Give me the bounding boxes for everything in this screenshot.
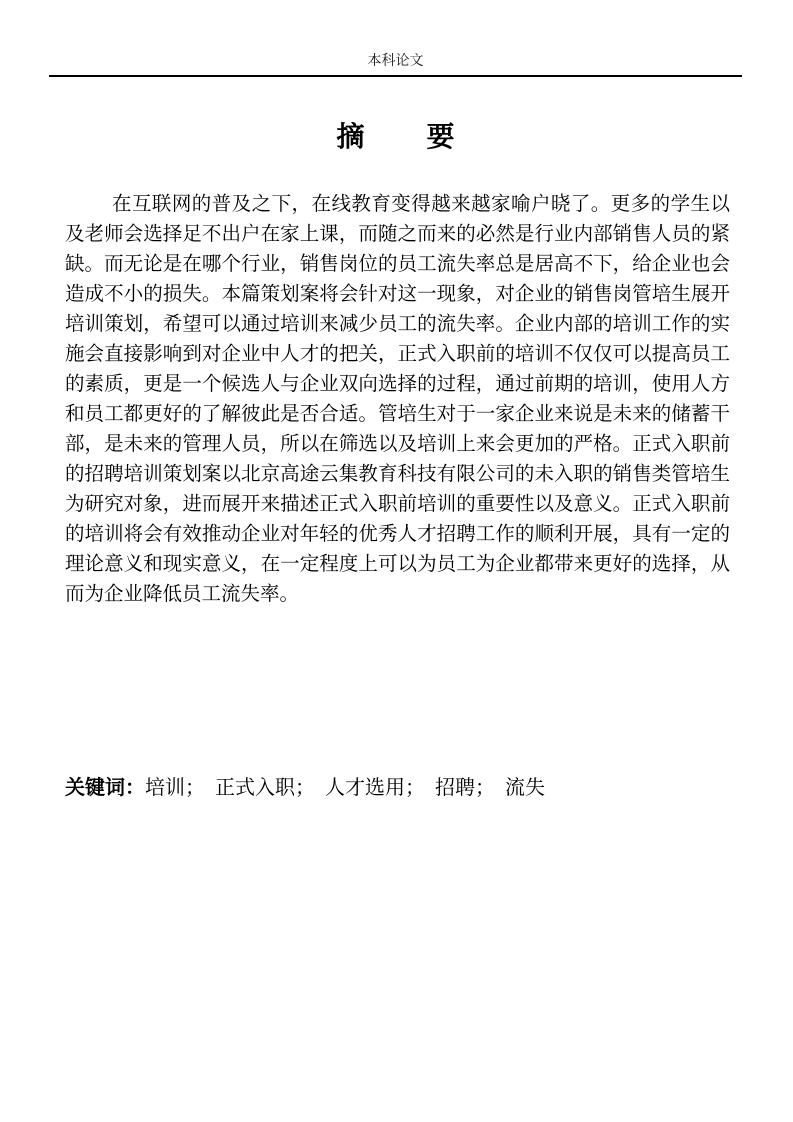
keywords-label: 关键词： xyxy=(65,777,145,799)
abstract-paragraph: 在互联网的普及之下，在线教育变得越来越家喻户晓了。更多的学生以及老师会选择足不出… xyxy=(65,190,730,610)
thesis-abstract-page: 本科论文 摘 要 在互联网的普及之下，在线教育变得越来越家喻户晓了。更多的学生以… xyxy=(0,0,793,1122)
page-title: 摘 要 xyxy=(0,121,793,155)
keywords-text: 培训； 正式入职； 人才选用； 招聘； 流失 xyxy=(145,777,545,799)
running-header-text: 本科论文 xyxy=(368,54,424,69)
keywords-line: 关键词：培训； 正式入职； 人才选用； 招聘； 流失 xyxy=(65,773,730,803)
running-header: 本科论文 xyxy=(49,53,742,77)
